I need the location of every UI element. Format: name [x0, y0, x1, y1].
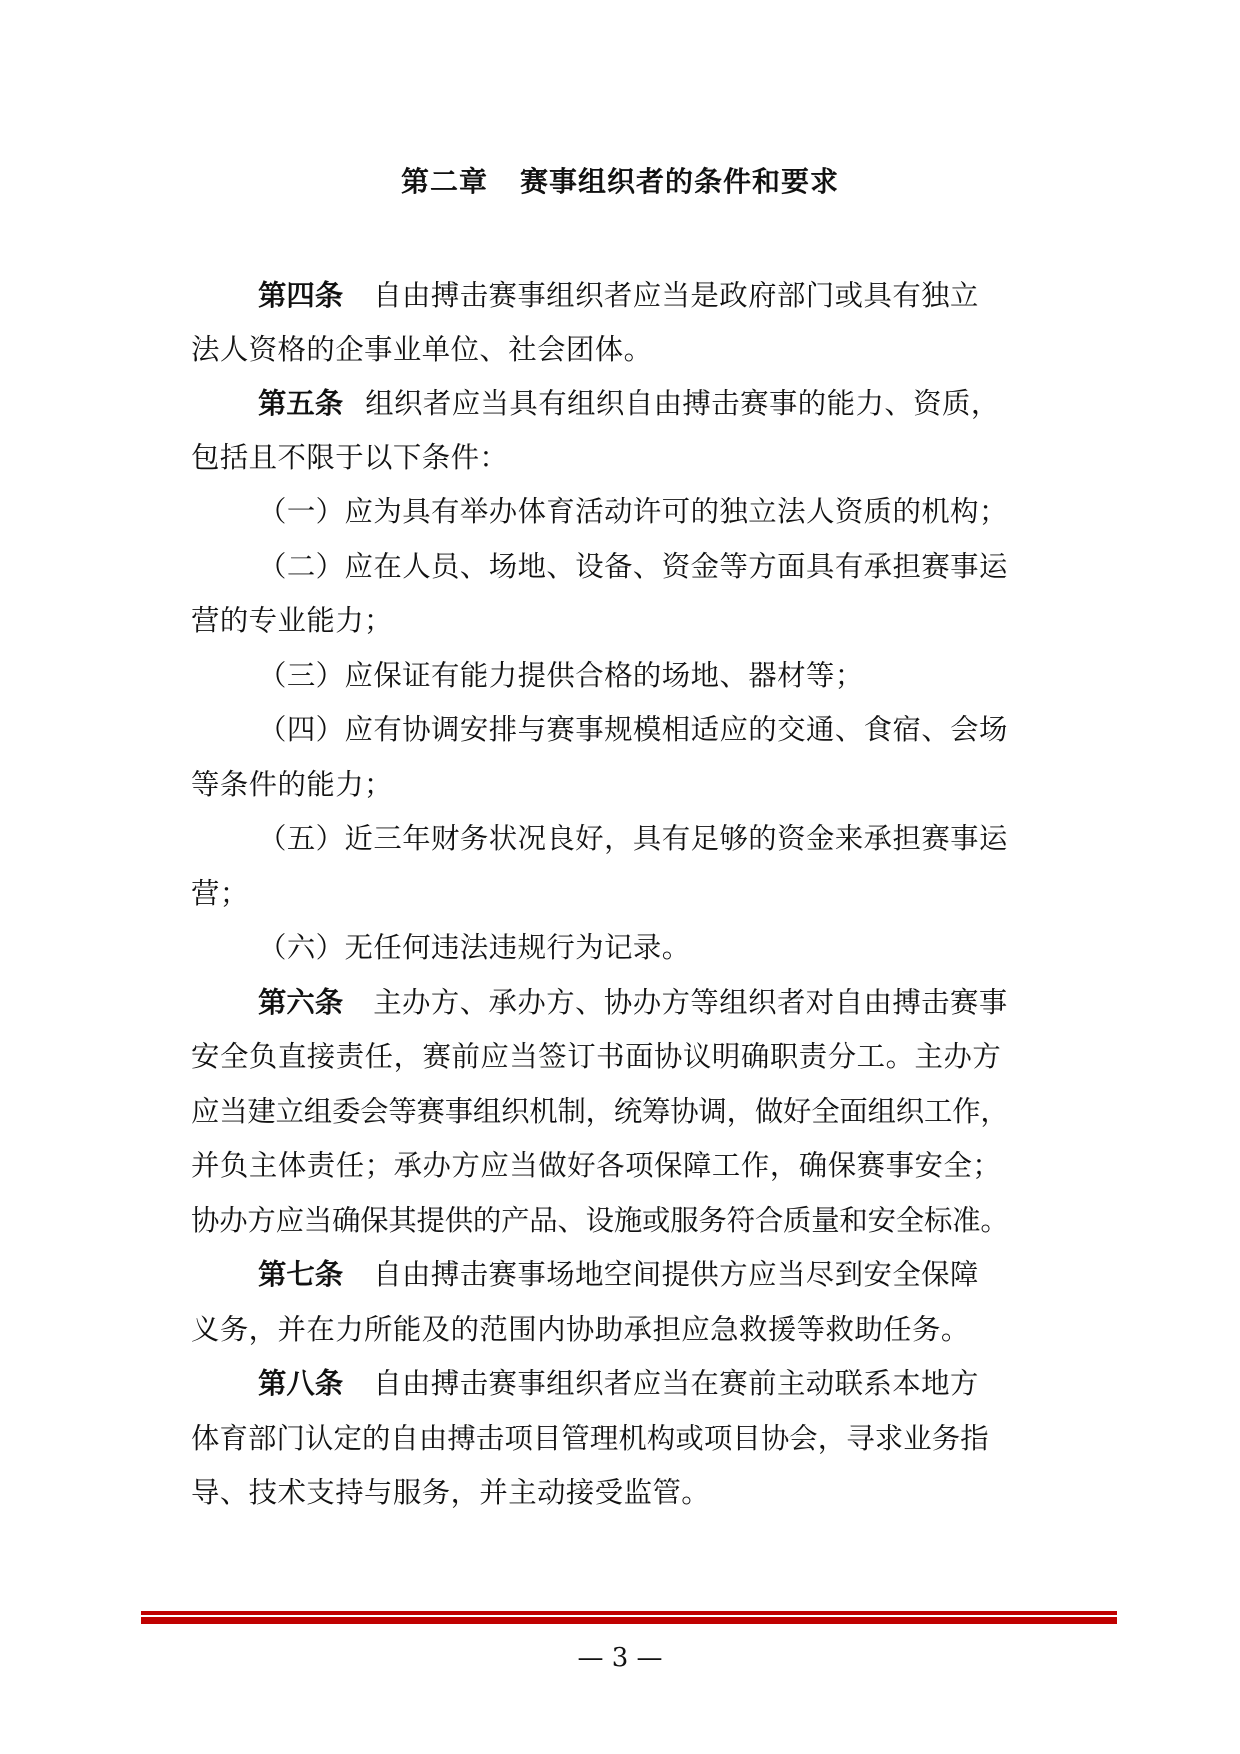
list-item-text: （五）近三年财务状况良好，具有足够的资金来承担赛事运: [258, 822, 1008, 855]
article-8-line-2: 体育部门认定的自由搏击项目管理机构或项目协会，寻求业务指: [191, 1419, 1071, 1459]
footer-rule-thick: [141, 1617, 1117, 1624]
condition-1: （一）应为具有举办体育活动许可的独立法人资质的机构；: [258, 492, 1138, 532]
condition-2-line-1: （二）应在人员、场地、设备、资金等方面具有承担赛事运: [258, 547, 1138, 587]
chapter-number: 第二章: [401, 165, 488, 198]
article-8-line-1: 第八条自由搏击赛事组织者应当在赛前主动联系本地方: [258, 1364, 1138, 1404]
condition-2-line-2: 营的专业能力；: [191, 601, 1071, 641]
condition-6: （六）无任何违法违规行为记录。: [258, 928, 1138, 968]
condition-5-line-2: 营；: [191, 874, 1071, 914]
article-5-line-1: 第五条组织者应当具有组织自由搏击赛事的能力、资质，: [258, 384, 1138, 424]
article-6-line-1: 第六条主办方、承办方、协办方等组织者对自由搏击赛事: [258, 983, 1138, 1023]
list-item-text: （一）应为具有举办体育活动许可的独立法人资质的机构；: [258, 495, 1008, 528]
article-6-line-2: 安全负直接责任，赛前应当签订书面协议明确职责分工。主办方: [191, 1037, 1071, 1077]
paragraph-text: 包括且不限于以下条件：: [191, 441, 508, 474]
list-item-text: （四）应有协调安排与赛事规模相适应的交通、食宿、会场: [258, 713, 1008, 746]
list-item-text: 营的专业能力；: [191, 604, 393, 637]
article-6-line-4: 并负主体责任；承办方应当做好各项保障工作，确保赛事安全；: [191, 1146, 1071, 1186]
paragraph-text: 导、技术支持与服务，并主动接受监管。: [191, 1476, 710, 1509]
chapter-title: 第二章赛事组织者的条件和要求: [0, 162, 1240, 202]
article-4-line-1: 第四条自由搏击赛事组织者应当是政府部门或具有独立: [258, 276, 1138, 316]
list-item-text: 营；: [191, 877, 249, 910]
document-page: 第二章赛事组织者的条件和要求 第四条自由搏击赛事组织者应当是政府部门或具有独立 …: [0, 0, 1240, 1754]
article-label: 第六条: [258, 986, 343, 1019]
paragraph-text: 并负主体责任；承办方应当做好各项保障工作，确保赛事安全；: [191, 1149, 1001, 1182]
article-6-line-5: 协办方应当确保其提供的产品、设施或服务符合质量和安全标准。: [191, 1201, 1071, 1241]
paragraph-text: 组织者应当具有组织自由搏击赛事的能力、资质，: [365, 387, 1000, 420]
paragraph-text: 自由搏击赛事组织者应当是政府部门或具有独立: [373, 279, 979, 312]
paragraph-text: 体育部门认定的自由搏击项目管理机构或项目协会，寻求业务指: [191, 1422, 989, 1455]
article-label: 第五条: [258, 387, 343, 420]
list-item-text: 等条件的能力；: [191, 768, 393, 801]
article-5-line-2: 包括且不限于以下条件：: [191, 438, 1071, 478]
paragraph-text: 协办方应当确保其提供的产品、设施或服务符合质量和安全标准。: [191, 1204, 1009, 1237]
list-item-text: （二）应在人员、场地、设备、资金等方面具有承担赛事运: [258, 550, 1008, 583]
list-item-text: （六）无任何违法违规行为记录。: [258, 931, 691, 964]
paragraph-text: 主办方、承办方、协办方等组织者对自由搏击赛事: [373, 986, 1008, 1019]
article-label: 第七条: [258, 1258, 343, 1291]
paragraph-text: 安全负直接责任，赛前应当签订书面协议明确职责分工。主办方: [191, 1040, 1001, 1073]
article-6-line-3: 应当建立组委会等赛事组织机制，统筹协调，做好全面组织工作，: [191, 1092, 1071, 1132]
condition-5-line-1: （五）近三年财务状况良好，具有足够的资金来承担赛事运: [258, 819, 1138, 859]
paragraph-text: 自由搏击赛事场地空间提供方应当尽到安全保障: [373, 1258, 979, 1291]
condition-4-line-2: 等条件的能力；: [191, 765, 1071, 805]
condition-4-line-1: （四）应有协调安排与赛事规模相适应的交通、食宿、会场: [258, 710, 1138, 750]
article-8-line-3: 导、技术支持与服务，并主动接受监管。: [191, 1473, 1071, 1513]
page-number: — 3 —: [0, 1640, 1240, 1676]
article-label: 第四条: [258, 279, 343, 312]
condition-3: （三）应保证有能力提供合格的场地、器材等；: [258, 656, 1138, 696]
paragraph-text: 自由搏击赛事组织者应当在赛前主动联系本地方: [373, 1367, 979, 1400]
list-item-text: （三）应保证有能力提供合格的场地、器材等；: [258, 659, 864, 692]
paragraph-text: 应当建立组委会等赛事组织机制，统筹协调，做好全面组织工作，: [191, 1095, 1009, 1128]
article-7-line-2: 义务，并在力所能及的范围内协助承担应急救援等救助任务。: [191, 1310, 1071, 1350]
chapter-heading: 赛事组织者的条件和要求: [520, 165, 839, 198]
paragraph-text: 法人资格的企事业单位、社会团体。: [191, 333, 652, 366]
article-4-line-2: 法人资格的企事业单位、社会团体。: [191, 330, 1071, 370]
article-label: 第八条: [258, 1367, 343, 1400]
article-7-line-1: 第七条自由搏击赛事场地空间提供方应当尽到安全保障: [258, 1255, 1138, 1295]
footer-rule-thin: [141, 1611, 1117, 1615]
paragraph-text: 义务，并在力所能及的范围内协助承担应急救援等救助任务。: [191, 1313, 970, 1346]
